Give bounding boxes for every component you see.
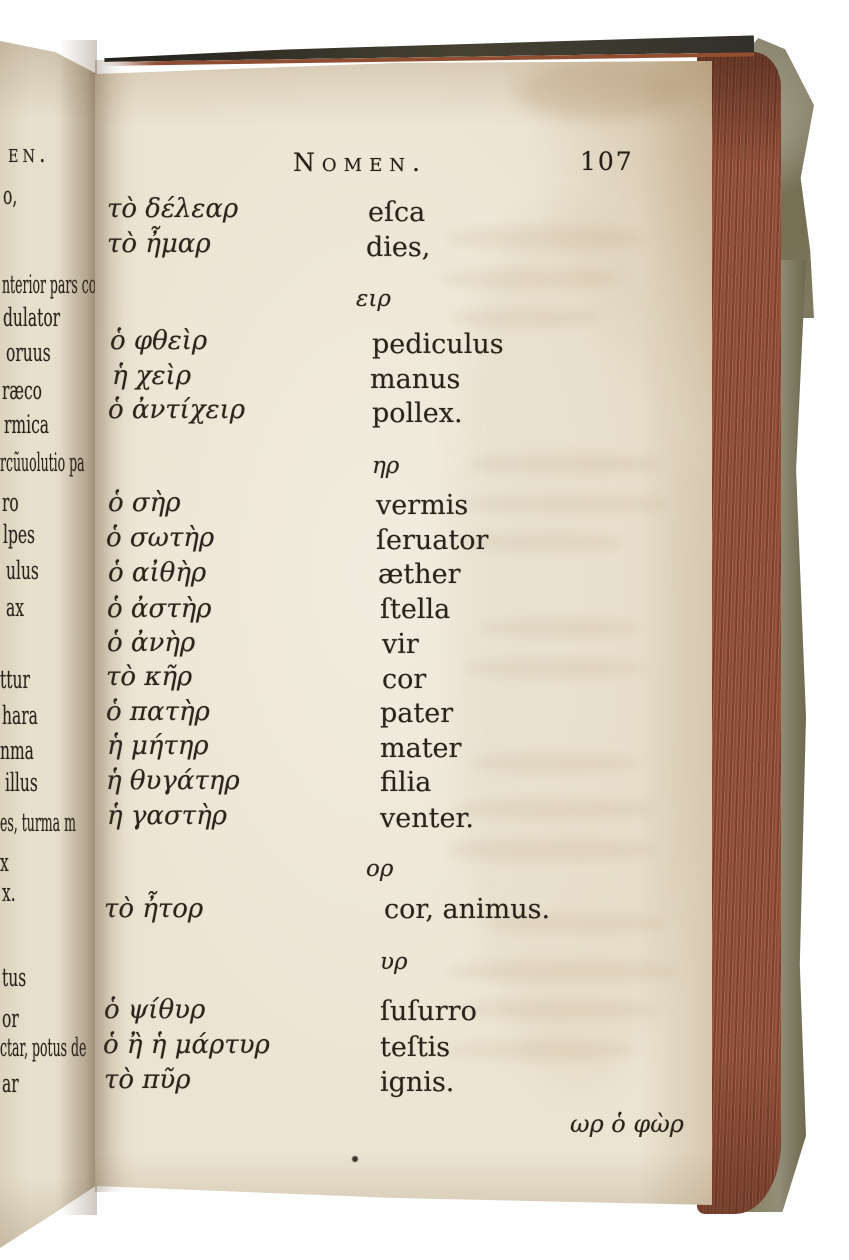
left-page-fragment: nma: [0, 738, 34, 763]
bleed-through: [453, 798, 653, 820]
left-page-fragment: ttur: [0, 667, 30, 692]
bleed-through: [445, 226, 645, 250]
left-page-fragment: lpes: [3, 522, 35, 547]
greek-word: τὸ κῆρ: [106, 664, 192, 690]
latin-gloss: ſuſurro: [380, 998, 477, 1025]
left-page: en. o, nterior pars co dulator oruus ræc…: [0, 36, 97, 1248]
latin-gloss: vermis: [376, 492, 468, 519]
bleed-through: [465, 658, 645, 678]
greek-word: ἡ μήτηρ: [107, 733, 209, 759]
greek-word: τὸ πῦρ: [104, 1067, 190, 1093]
left-page-fragment: x.: [2, 880, 16, 905]
greek-word: τὸ ἦτορ: [104, 896, 203, 922]
bleed-through: [457, 1000, 657, 1020]
right-page: Nomen. 107 τὸ δέλεαρ eſca τὸ ἦμαρ dies, …: [95, 58, 712, 1208]
greek-word: τὸ ἦμαρ: [107, 231, 211, 257]
greek-word: ὁ ἀστὴρ: [107, 596, 211, 622]
latin-gloss: pater: [380, 700, 453, 727]
bleed-through: [440, 268, 620, 290]
left-page-fragment: ar: [2, 1071, 19, 1096]
greek-word: τὸ δέλεαρ: [107, 196, 238, 222]
greek-word: ὁ πατὴρ: [106, 699, 210, 725]
greek-word: ὁ αἰθὴρ: [108, 560, 206, 586]
latin-gloss: pediculus: [372, 331, 504, 358]
greek-word: ἡ γαστὴρ: [107, 803, 227, 829]
stain: [515, 63, 685, 118]
ink-dot: [352, 1156, 358, 1162]
latin-gloss: venter.: [380, 805, 474, 832]
left-page-fragment: oruus: [6, 340, 51, 365]
bleed-through: [445, 838, 655, 862]
left-page-fragment: ctar, potus de: [0, 1035, 86, 1060]
latin-gloss: filia: [380, 769, 431, 796]
latin-gloss: pollex.: [372, 400, 463, 427]
page-header: Nomen.: [293, 148, 427, 177]
latin-gloss: ſeruator: [376, 527, 488, 554]
bleed-through: [480, 618, 640, 638]
latin-gloss: manus: [370, 366, 460, 393]
latin-gloss: mater: [380, 735, 461, 762]
bleed-through: [447, 960, 677, 982]
left-page-fragment: or: [2, 1006, 19, 1031]
left-page-fragment: rcũuolutio pa: [0, 450, 85, 475]
latin-gloss: vir: [382, 631, 419, 658]
latin-gloss: teſtis: [380, 1034, 450, 1061]
page-number: 107: [580, 147, 634, 176]
left-page-fragment: ræco: [2, 378, 42, 403]
left-page-fragment: en.: [8, 141, 49, 166]
greek-word: ὁ ἀντίχειρ: [108, 397, 245, 423]
left-page-fragment: ax: [6, 595, 24, 620]
section-heading: ορ: [366, 858, 393, 881]
greek-word: ὁ ψίθυρ: [104, 997, 205, 1023]
left-page-fragment: o,: [3, 183, 17, 208]
bleed-through: [445, 1040, 635, 1060]
greek-word: ἡ χεὶρ: [112, 363, 191, 389]
latin-gloss: ſtella: [380, 596, 450, 623]
greek-word: ὁ σωτὴρ: [106, 525, 214, 551]
latin-gloss: cor, animus.: [384, 896, 550, 923]
left-page-fragment: ro: [2, 490, 19, 515]
greek-word: ὁ φθεὶρ: [110, 328, 207, 354]
section-heading: ηρ: [372, 455, 399, 478]
left-page-fragment: x: [0, 850, 9, 875]
latin-gloss: eſca: [368, 199, 425, 226]
greek-word: ὁ ἀνὴρ: [107, 630, 195, 656]
latin-gloss: dies,: [366, 234, 430, 261]
left-page-fragment: tus: [2, 965, 26, 990]
section-heading: ειρ: [356, 288, 391, 311]
greek-word: ἡ θυγάτηρ: [106, 768, 240, 794]
left-page-fragment: ulus: [6, 558, 39, 583]
left-page-fragment: illus: [5, 770, 38, 795]
latin-gloss: ignis.: [380, 1069, 454, 1096]
catchword: ωρ ὁ φὼρ: [570, 1112, 684, 1136]
greek-word: ὁ σὴρ: [108, 490, 181, 516]
bleed-through: [470, 453, 660, 475]
bleed-through: [470, 753, 640, 773]
left-page-fragment: es, turma m: [0, 810, 76, 835]
latin-gloss: æther: [378, 561, 461, 588]
bleed-through: [467, 494, 667, 514]
greek-word: ὁ ἢ ἡ μάρτυρ: [103, 1032, 270, 1058]
left-page-fragment: rmica: [4, 412, 49, 437]
latin-gloss: cor: [382, 666, 426, 693]
left-page-fragment: nterior pars co: [2, 272, 96, 297]
section-heading: υρ: [380, 951, 408, 974]
left-page-fragment: hara: [2, 703, 38, 728]
book-photo: { "page": { "header": "Nomen.", "page_nu…: [0, 0, 849, 1260]
left-page-fragment: dulator: [3, 305, 60, 330]
bleed-through: [450, 308, 600, 328]
